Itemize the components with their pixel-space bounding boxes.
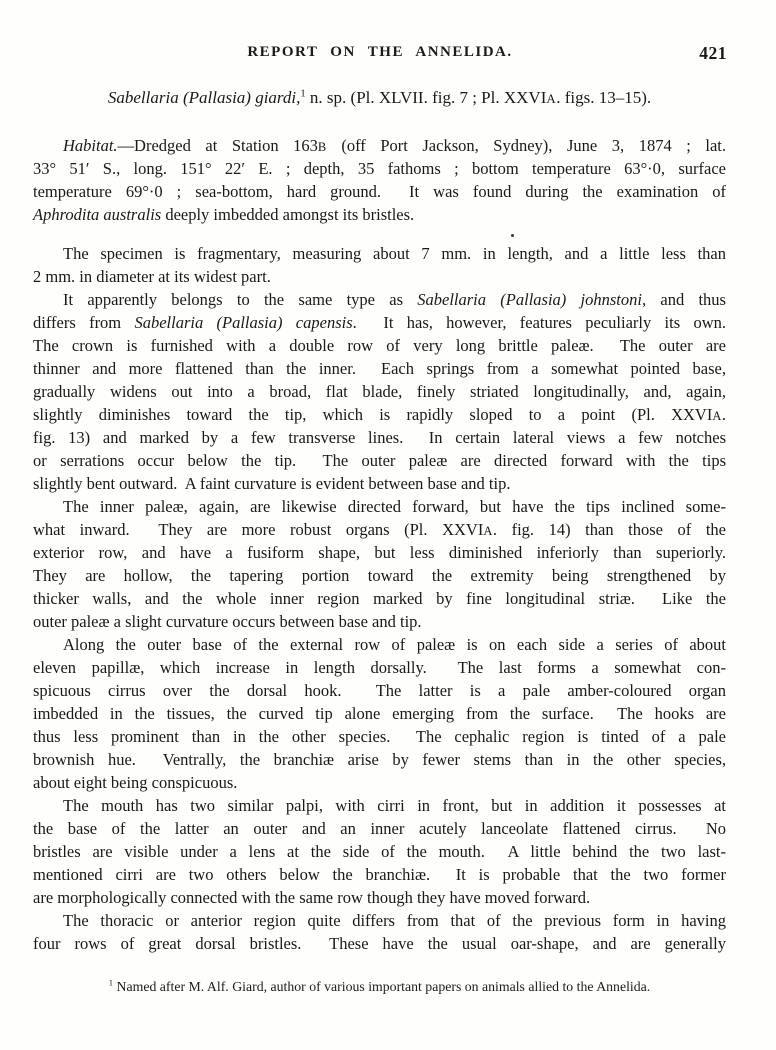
paragraph: It apparently belongs to the same type a… [33, 288, 726, 495]
text-run: The thoracic or anterior region quite di… [63, 911, 726, 930]
paragraph: The thoracic or anterior region quite di… [33, 909, 726, 955]
text-run: bristles are visible under a lens at the… [33, 842, 726, 861]
text-line: imbedded in the tissues, the curved tip … [33, 702, 726, 725]
text-run: thicker walls, and the whole inner regio… [33, 589, 726, 608]
text-run: The inner paleæ, again, are likewise dir… [63, 497, 726, 516]
text-run: fig. 13) and marked by a few transverse … [33, 428, 726, 447]
text-run: Sabellaria (Pallasia) giardi, [108, 88, 301, 107]
text-line: They are hollow, the tapering portion to… [33, 564, 726, 587]
text-line: 33° 51′ S., long. 151° 22′ E. ; depth, 3… [33, 157, 726, 180]
text-line: what inward. They are more robust organs… [33, 518, 726, 541]
text-line: 2 mm. in diameter at its widest part. [33, 265, 726, 288]
text-run: brownish hue. Ventrally, the branchiæ ar… [33, 750, 726, 769]
text-line: Aphrodita australis deeply imbedded amon… [33, 203, 726, 226]
text-line: thus less prominent than in the other sp… [33, 725, 726, 748]
text-run: (off Port Jackson, Sydney), June 3, 1874… [327, 136, 726, 155]
text-line: The crown is furnished with a double row… [33, 334, 726, 357]
text-line: are morphologically connected with the s… [33, 886, 726, 909]
species-heading: Sabellaria (Pallasia) giardi,1 n. sp. (P… [33, 88, 726, 108]
scanned-page: REPORT ON THE ANNELIDA. 421 Sabellaria (… [0, 0, 776, 1050]
text-run: It apparently belongs to the same type a… [63, 290, 417, 309]
text-run: Habitat. [63, 136, 118, 155]
text-run: thinner and more flattened than the inne… [33, 359, 726, 378]
text-run: n. sp. (Pl. XLVII. fig. 7 ; Pl. XXVI [306, 88, 547, 107]
text-run: Named after M. Alf. Giard, author of var… [113, 979, 650, 994]
text-line: slightly bent outward. A faint curvature… [33, 472, 726, 495]
text-run: The specimen is fragmentary, measuring a… [63, 244, 726, 263]
text-run: are morphologically connected with the s… [33, 888, 590, 907]
text-run: four rows of great dorsal bristles. Thes… [33, 934, 726, 953]
text-line: Habitat.—Dredged at Station 163B (off Po… [33, 134, 726, 157]
text-run: deeply imbedded amongst its bristles. [161, 205, 414, 224]
text-run: slightly diminishes toward the tip, whic… [33, 405, 712, 424]
text-line: exterior row, and have a fusiform shape,… [33, 541, 726, 564]
text-line: outer paleæ a slight curvature occurs be… [33, 610, 726, 633]
text-run: The mouth has two similar palpi, with ci… [63, 796, 726, 815]
text-run: outer paleæ a slight curvature occurs be… [33, 612, 422, 631]
text-line: or serrations occur below the tip. The o… [33, 449, 726, 472]
text-run: temperature 69°·0 ; sea-bottom, hard gro… [33, 182, 726, 201]
text-run: imbedded in the tissues, the curved tip … [33, 704, 726, 723]
text-run: 2 mm. in diameter at its widest part. [33, 267, 271, 286]
paragraph: Along the outer base of the external row… [33, 633, 726, 794]
text-run: A [712, 409, 722, 423]
text-line: gradually widens out into a broad, flat … [33, 380, 726, 403]
text-run: Along the outer base of the external row… [63, 635, 726, 654]
text-line: Along the outer base of the external row… [33, 633, 726, 656]
text-run: B [318, 140, 327, 154]
text-line: bristles are visible under a lens at the… [33, 840, 726, 863]
text-run: —Dredged at Station 163 [118, 136, 318, 155]
text-line: about eight being conspicuous. [33, 771, 726, 794]
text-run: . fig. 14) than those of the [493, 520, 726, 539]
paragraph: Habitat.—Dredged at Station 163B (off Po… [33, 134, 726, 226]
text-line: It apparently belongs to the same type a… [33, 288, 726, 311]
text-run: Aphrodita australis [33, 205, 161, 224]
text-line: the base of the latter an outer and an i… [33, 817, 726, 840]
header-title: REPORT ON THE ANNELIDA. [33, 44, 727, 61]
scan-speck [511, 234, 514, 237]
text-line: slightly diminishes toward the tip, whic… [33, 403, 726, 426]
text-line: mentioned cirri are two others below the… [33, 863, 726, 886]
text-line: The specimen is fragmentary, measuring a… [33, 242, 726, 265]
text-line: fig. 13) and marked by a few transverse … [33, 426, 726, 449]
page-number: 421 [699, 43, 727, 64]
text-line: thinner and more flattened than the inne… [33, 357, 726, 380]
text-line: The thoracic or anterior region quite di… [33, 909, 726, 932]
paragraph: The mouth has two similar palpi, with ci… [33, 794, 726, 909]
text-run: slightly bent outward. A faint curvature… [33, 474, 510, 493]
text-line: temperature 69°·0 ; sea-bottom, hard gro… [33, 180, 726, 203]
text-run: . [722, 405, 726, 424]
paragraph: The inner paleæ, again, are likewise dir… [33, 495, 726, 633]
text-run: mentioned cirri are two others below the… [33, 865, 726, 884]
text-run: , and thus [642, 290, 726, 309]
running-header: REPORT ON THE ANNELIDA. 421 [33, 44, 727, 64]
text-run: Sabellaria (Pallasia) capensis [134, 313, 352, 332]
text-line: differs from Sabellaria (Pallasia) capen… [33, 311, 726, 334]
text-line: eleven papillæ, which increase in length… [33, 656, 726, 679]
text-run: They are hollow, the tapering portion to… [33, 566, 726, 585]
body-text: Habitat.—Dredged at Station 163B (off Po… [33, 134, 726, 955]
text-run: spicuous cirrus over the dorsal hook. Th… [33, 681, 726, 700]
text-run: exterior row, and have a fusiform shape,… [33, 543, 726, 562]
text-run: A [483, 524, 493, 538]
text-run: . figs. 13–15). [556, 88, 651, 107]
text-line: thicker walls, and the whole inner regio… [33, 587, 726, 610]
footnote: 1 Named after M. Alf. Giard, author of v… [33, 979, 726, 995]
text-run: what inward. They are more robust organs… [33, 520, 483, 539]
text-run: differs from [33, 313, 134, 332]
text-run: 33° 51′ S., long. 151° 22′ E. ; depth, 3… [33, 159, 726, 178]
text-run: or serrations occur below the tip. The o… [33, 451, 726, 470]
text-run: the base of the latter an outer and an i… [33, 819, 726, 838]
text-run: thus less prominent than in the other sp… [33, 727, 726, 746]
text-run: Sabellaria (Pallasia) johnstoni [417, 290, 642, 309]
text-run: about eight being conspicuous. [33, 773, 237, 792]
text-line: four rows of great dorsal bristles. Thes… [33, 932, 726, 955]
text-line: The mouth has two similar palpi, with ci… [33, 794, 726, 817]
text-run: A [546, 91, 556, 106]
text-run: The crown is furnished with a double row… [33, 336, 726, 355]
text-run: gradually widens out into a broad, flat … [33, 382, 726, 401]
text-line: spicuous cirrus over the dorsal hook. Th… [33, 679, 726, 702]
paragraph: The specimen is fragmentary, measuring a… [33, 242, 726, 288]
text-run: eleven papillæ, which increase in length… [33, 658, 726, 677]
text-line: The inner paleæ, again, are likewise dir… [33, 495, 726, 518]
text-line: brownish hue. Ventrally, the branchiæ ar… [33, 748, 726, 771]
text-run: . It has, however, features peculiarly i… [353, 313, 726, 332]
